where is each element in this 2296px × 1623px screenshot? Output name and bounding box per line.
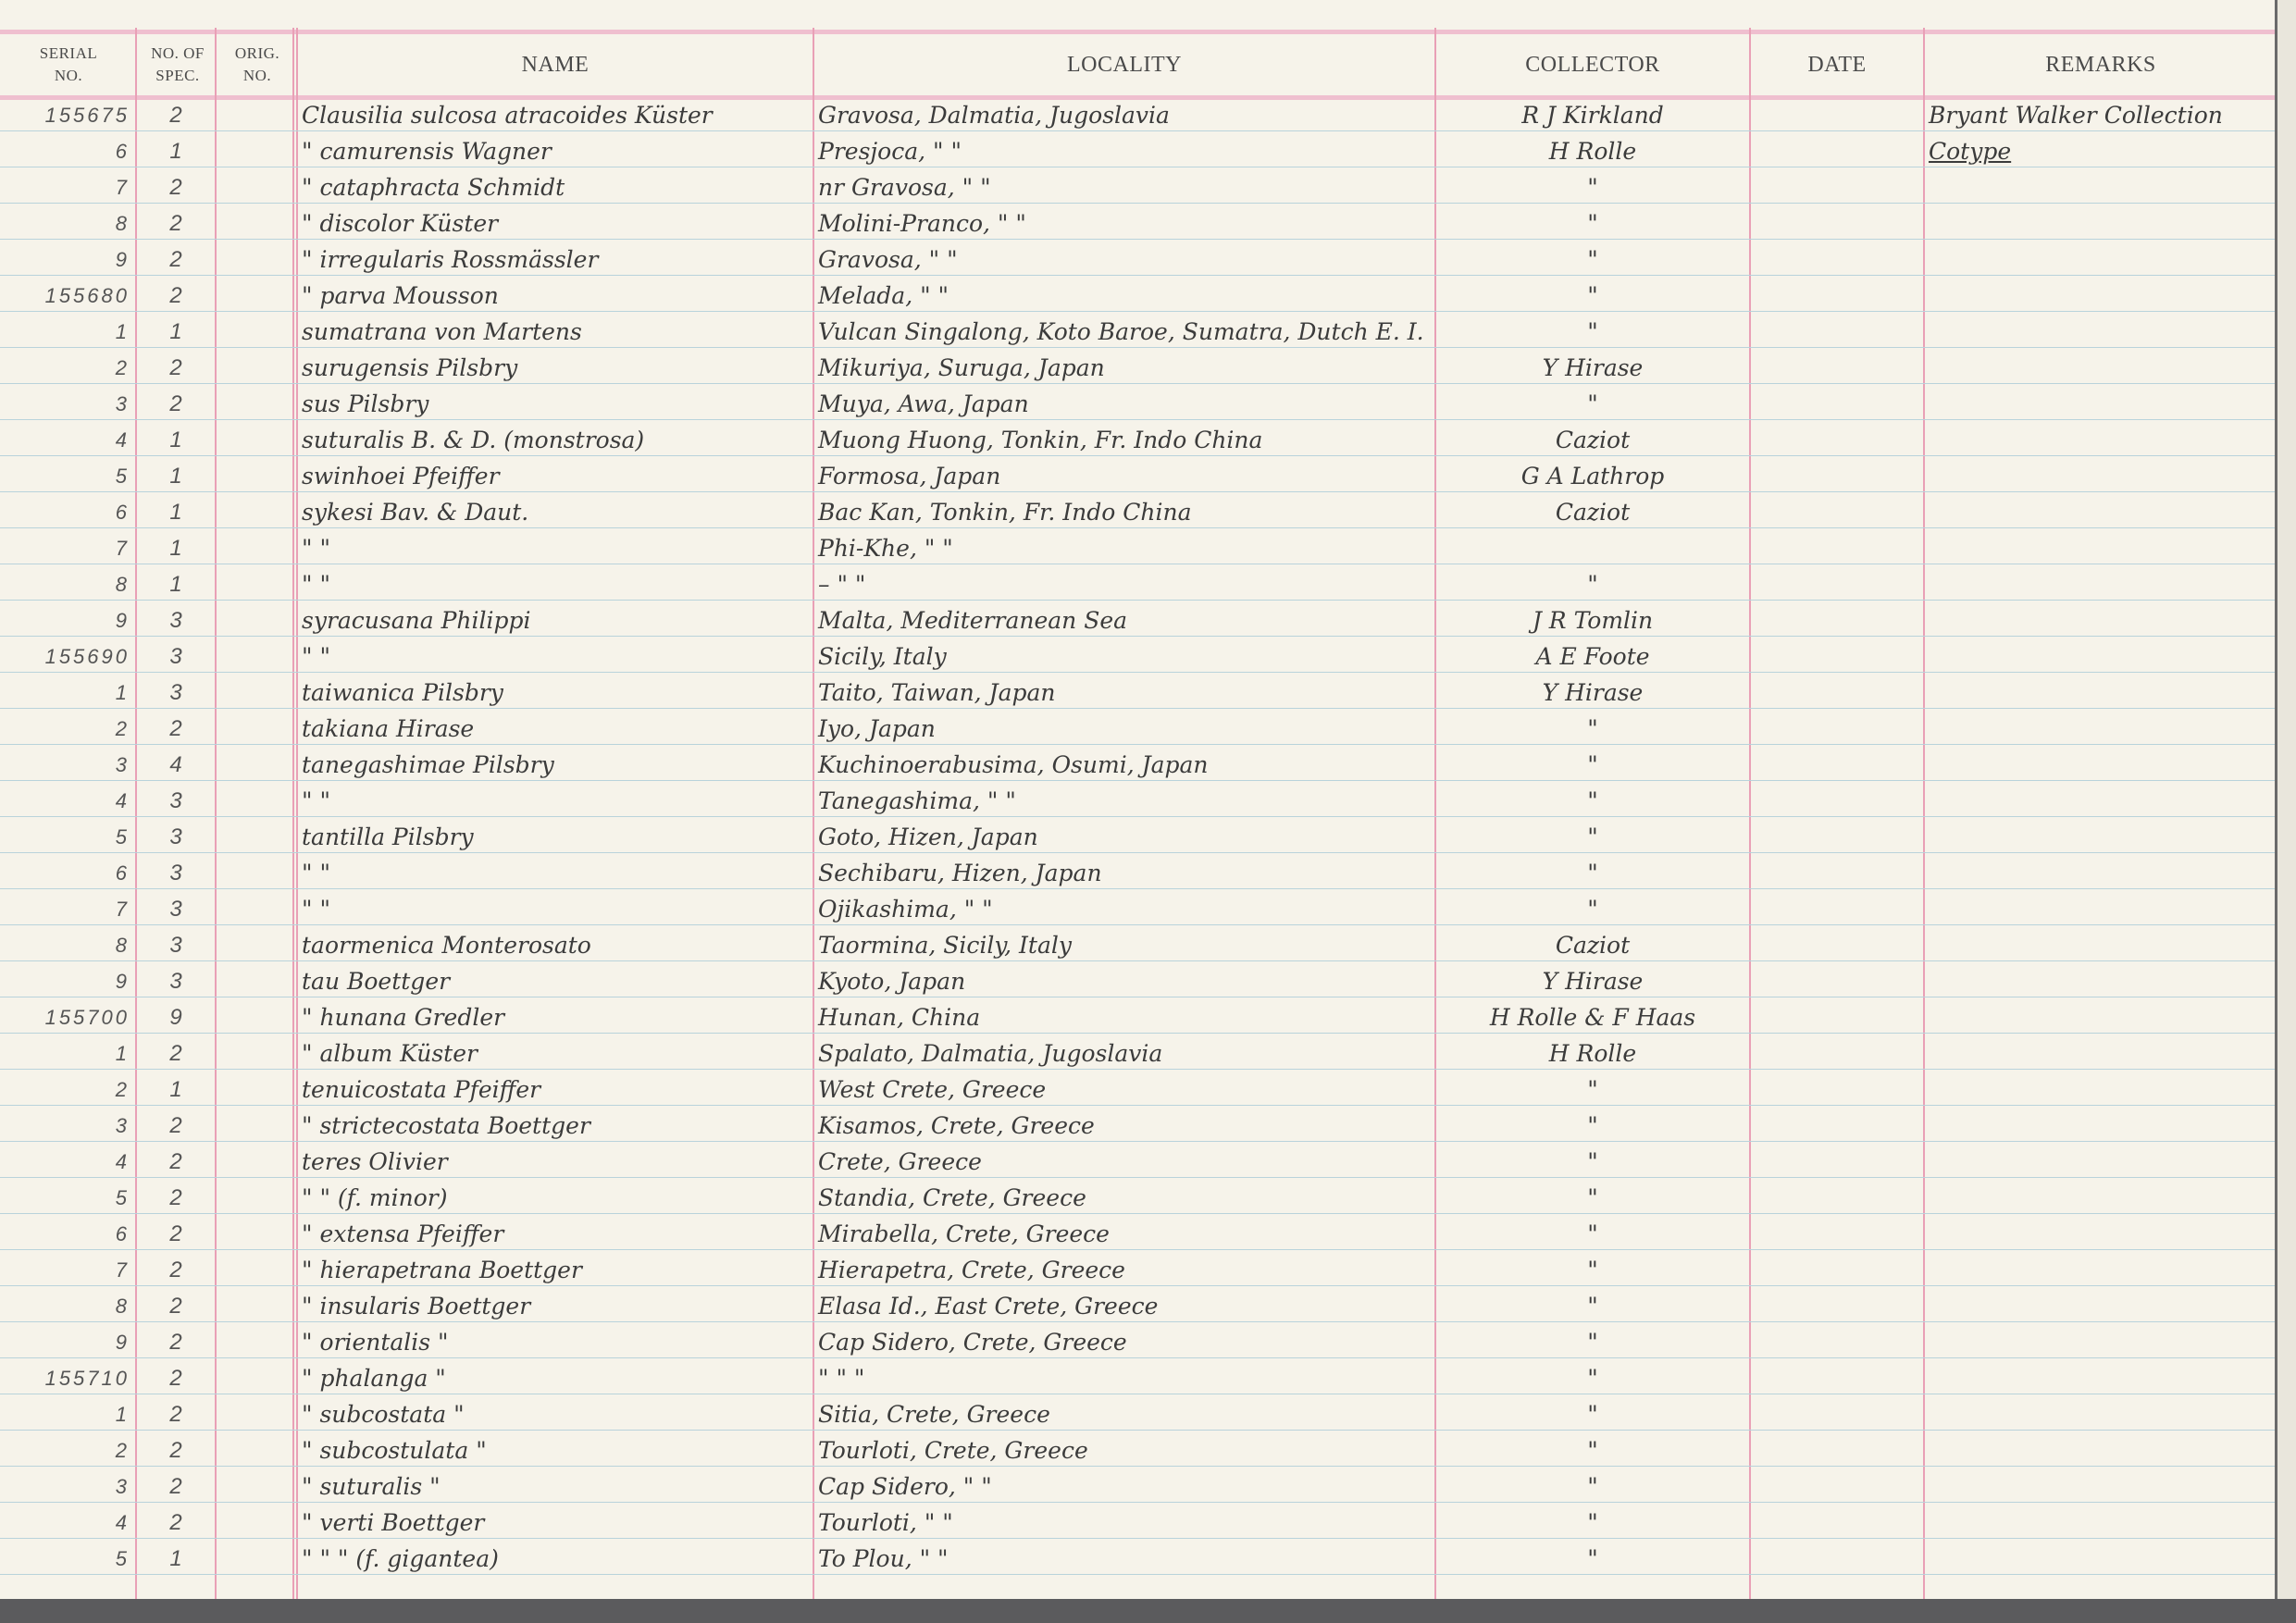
serial-cell: 9 [0,601,130,636]
orig-no-cell [218,131,292,167]
locality-cell: Gravosa, " " [818,240,1429,275]
date-cell [1755,1394,1921,1430]
collector-cell: " [1440,1503,1745,1538]
collector-cell: " [1440,817,1745,852]
remarks-cell [1929,384,2280,419]
date-cell [1755,781,1921,816]
orig-no-cell [218,1178,292,1213]
locality-cell: – " " [818,564,1429,600]
spec-count-cell: 2 [139,1394,213,1430]
serial-cell: 155675 [0,95,130,130]
date-cell [1755,456,1921,491]
table-row: 93syracusana PhilippiMalta, Mediterranea… [0,601,2275,637]
serial-cell: 5 [0,1178,130,1213]
locality-cell: Presjoca, " " [818,131,1429,167]
remarks-cell [1929,817,2280,852]
locality-cell: Muong Huong, Tonkin, Fr. Indo China [818,420,1429,455]
spec-count-cell: 1 [139,1539,213,1574]
table-row: 72" hierapetrana BoettgerHierapetra, Cre… [0,1250,2275,1286]
spec-count-cell: 2 [139,167,213,203]
serial-cell: 6 [0,1214,130,1249]
name-cell: " album Küster [302,1034,811,1069]
date-cell [1755,1358,1921,1394]
collector-cell: " [1440,276,1745,311]
name-cell: " " [302,637,811,672]
spec-count-cell: 3 [139,853,213,888]
collector-cell: " [1440,1286,1745,1321]
collector-cell: " [1440,1431,1745,1466]
name-cell: tau Boettger [302,961,811,997]
serial-cell: 9 [0,1322,130,1357]
remarks-cell [1929,1394,2280,1430]
name-cell: " " [302,564,811,600]
name-cell: " cataphracta Schmidt [302,167,811,203]
date-cell [1755,420,1921,455]
header-no-of-spec: NO. OFSPEC. [139,34,217,95]
remarks-cell [1929,853,2280,888]
locality-cell: Hierapetra, Crete, Greece [818,1250,1429,1285]
collector-cell: " [1440,240,1745,275]
serial-cell: 2 [0,1431,130,1466]
orig-no-cell [218,1034,292,1069]
locality-cell: Sicily, Italy [818,637,1429,672]
serial-cell: 3 [0,745,130,780]
table-row: 92" orientalis "Cap Sidero, Crete, Greec… [0,1322,2275,1358]
serial-cell: 8 [0,1286,130,1321]
spec-count-cell: 1 [139,492,213,527]
orig-no-cell [218,276,292,311]
date-cell [1755,673,1921,708]
locality-cell: Gravosa, Dalmatia, Jugoslavia [818,95,1429,130]
remarks-cell [1929,637,2280,672]
spec-count-cell: 1 [139,528,213,564]
spec-count-cell: 2 [139,1178,213,1213]
name-cell: " orientalis " [302,1322,811,1357]
date-cell [1755,1503,1921,1538]
serial-cell: 155680 [0,276,130,311]
date-cell [1755,240,1921,275]
collector-cell: " [1440,1070,1745,1105]
serial-cell: 1 [0,1394,130,1430]
collector-cell: " [1440,167,1745,203]
ledger-page: SERIALNO. NO. OFSPEC. ORIG.NO. NAME LOCA… [0,0,2277,1599]
name-cell: " camurensis Wagner [302,131,811,167]
table-row: 51swinhoei PfeifferFormosa, JapanG A Lat… [0,456,2275,492]
orig-no-cell [218,204,292,239]
collector-cell: " [1440,1250,1745,1285]
table-row: 51" " " (f. gigantea)To Plou, " "" [0,1539,2275,1575]
name-cell: " insularis Boettger [302,1286,811,1321]
date-cell [1755,528,1921,564]
date-cell [1755,601,1921,636]
name-cell: syracusana Philippi [302,601,811,636]
spec-count-cell: 2 [139,1214,213,1249]
orig-no-cell [218,167,292,203]
locality-cell: Ojikashima, " " [818,889,1429,924]
spec-count-cell: 3 [139,673,213,708]
serial-cell: 2 [0,348,130,383]
date-cell [1755,1286,1921,1321]
spec-count-cell: 1 [139,420,213,455]
collector-cell: Y Hirase [1440,673,1745,708]
date-cell [1755,204,1921,239]
serial-cell: 5 [0,817,130,852]
header-orig-no: ORIG.NO. [218,34,296,95]
locality-cell: West Crete, Greece [818,1070,1429,1105]
orig-no-cell [218,1539,292,1574]
orig-no-cell [218,456,292,491]
serial-cell: 8 [0,564,130,600]
serial-cell: 7 [0,167,130,203]
serial-cell: 5 [0,1539,130,1574]
collector-cell: " [1440,1106,1745,1141]
name-cell: Clausilia sulcosa atracoides Küster [302,95,811,130]
locality-cell: Molini-Pranco, " " [818,204,1429,239]
orig-no-cell [218,564,292,600]
name-cell: tenuicostata Pfeiffer [302,1070,811,1105]
remarks-cell [1929,601,2280,636]
table-row: 32sus PilsbryMuya, Awa, Japan" [0,384,2275,420]
locality-cell: Kisamos, Crete, Greece [818,1106,1429,1141]
locality-cell: Taito, Taiwan, Japan [818,673,1429,708]
collector-cell: " [1440,1467,1745,1502]
table-row: 32" strictecostata BoettgerKisamos, Cret… [0,1106,2275,1142]
table-row: 12" subcostata "Sitia, Crete, Greece" [0,1394,2275,1431]
spec-count-cell: 2 [139,276,213,311]
ledger-rows: 1556752Clausilia sulcosa atracoides Küst… [0,95,2275,1575]
name-cell: " " [302,853,811,888]
table-row: 32" suturalis "Cap Sidero, " "" [0,1467,2275,1503]
remarks-cell [1929,1250,2280,1285]
table-row: 11sumatrana von MartensVulcan Singalong,… [0,312,2275,348]
orig-no-cell [218,1394,292,1430]
table-row: 63" "Sechibaru, Hizen, Japan" [0,853,2275,889]
locality-cell: " " " [818,1358,1429,1394]
header-spec-line2: SPEC. [151,65,205,87]
collector-cell: " [1440,709,1745,744]
serial-cell: 3 [0,1467,130,1502]
table-row: 1556903" "Sicily, ItalyA E Foote [0,637,2275,673]
remarks-cell [1929,492,2280,527]
serial-cell: 2 [0,709,130,744]
date-cell [1755,1539,1921,1574]
collector-cell: " [1440,1214,1745,1249]
locality-cell: Muya, Awa, Japan [818,384,1429,419]
orig-no-cell [218,240,292,275]
collector-cell: H Rolle [1440,1034,1745,1069]
orig-no-cell [218,709,292,744]
orig-no-cell [218,312,292,347]
header-serial-line1: SERIAL [40,43,98,65]
orig-no-cell [218,817,292,852]
collector-cell [1440,528,1745,564]
collector-cell: " [1440,1178,1745,1213]
collector-cell: Y Hirase [1440,961,1745,997]
locality-cell: Kyoto, Japan [818,961,1429,997]
locality-cell: Crete, Greece [818,1142,1429,1177]
spec-count-cell: 2 [139,384,213,419]
orig-no-cell [218,637,292,672]
table-row: 12" album KüsterSpalato, Dalmatia, Jugos… [0,1034,2275,1070]
remarks-cell [1929,528,2280,564]
serial-cell: 155700 [0,997,130,1033]
locality-cell: Mikuriya, Suruga, Japan [818,348,1429,383]
collector-cell: " [1440,781,1745,816]
remarks-cell [1929,1431,2280,1466]
remarks-cell [1929,167,2280,203]
header-name: NAME [298,34,813,95]
collector-cell: Caziot [1440,925,1745,960]
orig-no-cell [218,1250,292,1285]
serial-cell: 8 [0,204,130,239]
remarks-cell [1929,961,2280,997]
serial-cell: 7 [0,1250,130,1285]
remarks-cell [1929,1539,2280,1574]
name-cell: " " " (f. gigantea) [302,1539,811,1574]
serial-cell: 4 [0,781,130,816]
orig-no-cell [218,853,292,888]
locality-cell: Sitia, Crete, Greece [818,1394,1429,1430]
orig-no-cell [218,1106,292,1141]
orig-no-cell [218,889,292,924]
header-remarks: REMARKS [1925,34,2277,95]
spec-count-cell: 2 [139,1431,213,1466]
date-cell [1755,1178,1921,1213]
spec-count-cell: 1 [139,131,213,167]
name-cell: swinhoei Pfeiffer [302,456,811,491]
spec-count-cell: 3 [139,601,213,636]
orig-no-cell [218,1214,292,1249]
spec-count-cell: 2 [139,348,213,383]
header-spec-line1: NO. OF [151,43,205,65]
date-cell [1755,1250,1921,1285]
locality-cell: Elasa Id., East Crete, Greece [818,1286,1429,1321]
remarks-cell [1929,1322,2280,1357]
date-cell [1755,925,1921,960]
orig-no-cell [218,1467,292,1502]
date-cell [1755,276,1921,311]
name-cell: " extensa Pfeiffer [302,1214,811,1249]
serial-cell: 7 [0,889,130,924]
spec-count-cell: 2 [139,1250,213,1285]
table-row: 22takiana HiraseIyo, Japan" [0,709,2275,745]
orig-no-cell [218,384,292,419]
spec-count-cell: 2 [139,1106,213,1141]
name-cell: " " [302,528,811,564]
serial-cell: 3 [0,1106,130,1141]
locality-cell: Hunan, China [818,997,1429,1033]
date-cell [1755,167,1921,203]
locality-cell: Mirabella, Crete, Greece [818,1214,1429,1249]
serial-cell: 155710 [0,1358,130,1394]
name-cell: " hunana Gredler [302,997,811,1033]
name-cell: " discolor Küster [302,204,811,239]
name-cell: teres Olivier [302,1142,811,1177]
name-cell: " verti Boettger [302,1503,811,1538]
spec-count-cell: 2 [139,1322,213,1357]
remarks-cell [1929,348,2280,383]
serial-cell: 4 [0,1142,130,1177]
name-cell: surugensis Pilsbry [302,348,811,383]
name-cell: " " [302,889,811,924]
spec-count-cell: 2 [139,1467,213,1502]
orig-no-cell [218,1503,292,1538]
date-cell [1755,1070,1921,1105]
locality-cell: To Plou, " " [818,1539,1429,1574]
collector-cell: " [1440,1358,1745,1394]
table-row: 42" verti BoettgerTourloti, " "" [0,1503,2275,1539]
scan-bottom-border [0,1599,2296,1623]
locality-cell: Cap Sidero, Crete, Greece [818,1322,1429,1357]
locality-cell: Bac Kan, Tonkin, Fr. Indo China [818,492,1429,527]
table-row: 42teres OlivierCrete, Greece" [0,1142,2275,1178]
spec-count-cell: 1 [139,312,213,347]
serial-cell: 5 [0,456,130,491]
header-serial-no: SERIALNO. [0,34,137,95]
remarks-cell [1929,1467,2280,1502]
table-row: 43" "Tanegashima, " "" [0,781,2275,817]
orig-no-cell [218,925,292,960]
collector-cell: " [1440,1322,1745,1357]
date-cell [1755,889,1921,924]
orig-no-cell [218,745,292,780]
spec-count-cell: 2 [139,1286,213,1321]
name-cell: " suturalis " [302,1467,811,1502]
name-cell: " strictecostata Boettger [302,1106,811,1141]
name-cell: sus Pilsbry [302,384,811,419]
orig-no-cell [218,1070,292,1105]
remarks-cell [1929,1106,2280,1141]
table-row: 82" discolor KüsterMolini-Pranco, " "" [0,204,2275,240]
collector-cell: " [1440,312,1745,347]
orig-no-cell [218,997,292,1033]
spec-count-cell: 1 [139,1070,213,1105]
orig-no-cell [218,95,292,130]
orig-no-cell [218,961,292,997]
remarks-cell [1929,240,2280,275]
date-cell [1755,384,1921,419]
name-cell: " subcostulata " [302,1431,811,1466]
date-cell [1755,853,1921,888]
header-date: DATE [1751,34,1923,95]
locality-cell: Melada, " " [818,276,1429,311]
page-edge [2277,0,2296,1599]
serial-cell: 9 [0,961,130,997]
date-cell [1755,1322,1921,1357]
locality-cell: Goto, Hizen, Japan [818,817,1429,852]
remarks-cell [1929,456,2280,491]
serial-cell: 1 [0,312,130,347]
name-cell: tanegashimae Pilsbry [302,745,811,780]
table-row: 53tantilla PilsbryGoto, Hizen, Japan" [0,817,2275,853]
date-cell [1755,1431,1921,1466]
serial-cell: 1 [0,1034,130,1069]
collector-cell: " [1440,1539,1745,1574]
date-cell [1755,1034,1921,1069]
table-row: 13taiwanica PilsbryTaito, Taiwan, JapanY… [0,673,2275,709]
serial-cell: 6 [0,853,130,888]
collector-cell: " [1440,889,1745,924]
collector-cell: G A Lathrop [1440,456,1745,491]
serial-cell: 4 [0,1503,130,1538]
table-row: 52" " (f. minor)Standia, Crete, Greece" [0,1178,2275,1214]
spec-count-cell: 3 [139,889,213,924]
table-row: 93tau BoettgerKyoto, JapanY Hirase [0,961,2275,997]
collector-cell: J R Tomlin [1440,601,1745,636]
column-header-band: SERIALNO. NO. OFSPEC. ORIG.NO. NAME LOCA… [0,30,2275,100]
remarks-cell [1929,889,2280,924]
table-row: 1556752Clausilia sulcosa atracoides Küst… [0,95,2275,131]
remarks-cell [1929,673,2280,708]
remarks-cell [1929,925,2280,960]
date-cell [1755,131,1921,167]
serial-cell: 6 [0,131,130,167]
name-cell: takiana Hirase [302,709,811,744]
spec-count-cell: 2 [139,1034,213,1069]
remarks-cell [1929,1503,2280,1538]
locality-cell: Spalato, Dalmatia, Jugoslavia [818,1034,1429,1069]
table-row: 82" insularis BoettgerElasa Id., East Cr… [0,1286,2275,1322]
collector-cell: " [1440,384,1745,419]
orig-no-cell [218,673,292,708]
table-row: 21tenuicostata PfeifferWest Crete, Greec… [0,1070,2275,1106]
locality-cell: Vulcan Singalong, Koto Baroe, Sumatra, D… [818,312,1429,347]
date-cell [1755,1214,1921,1249]
orig-no-cell [218,492,292,527]
remarks-cell [1929,709,2280,744]
date-cell [1755,1142,1921,1177]
table-row: 41suturalis B. & D. (monstrosa)Muong Huo… [0,420,2275,456]
spec-count-cell: 1 [139,564,213,600]
collector-cell: Caziot [1440,420,1745,455]
date-cell [1755,817,1921,852]
collector-cell: " [1440,853,1745,888]
locality-cell: Standia, Crete, Greece [818,1178,1429,1213]
remarks-cell [1929,781,2280,816]
serial-cell: 6 [0,492,130,527]
remarks-cell [1929,1286,2280,1321]
spec-count-cell: 2 [139,1358,213,1394]
name-cell: " hierapetrana Boettger [302,1250,811,1285]
remarks-cell: Bryant Walker Collection [1929,95,2280,130]
orig-no-cell [218,1142,292,1177]
serial-cell: 8 [0,925,130,960]
remarks-cell [1929,1178,2280,1213]
date-cell [1755,95,1921,130]
serial-cell: 155690 [0,637,130,672]
date-cell [1755,997,1921,1033]
orig-no-cell [218,1286,292,1321]
orig-no-cell [218,1431,292,1466]
table-row: 92" irregularis RossmässlerGravosa, " "" [0,240,2275,276]
orig-no-cell [218,420,292,455]
locality-cell: Malta, Mediterranean Sea [818,601,1429,636]
spec-count-cell: 2 [139,1503,213,1538]
header-serial-line2: NO. [40,65,98,87]
serial-cell: 1 [0,673,130,708]
remarks-cell [1929,1214,2280,1249]
locality-cell: Tanegashima, " " [818,781,1429,816]
table-row: 61" camurensis WagnerPresjoca, " "H Roll… [0,131,2275,167]
remarks-cell [1929,312,2280,347]
table-row: 22" subcostulata "Tourloti, Crete, Greec… [0,1431,2275,1467]
remarks-cell [1929,276,2280,311]
collector-cell: A E Foote [1440,637,1745,672]
locality-cell: Formosa, Japan [818,456,1429,491]
collector-cell: " [1440,745,1745,780]
name-cell: " irregularis Rossmässler [302,240,811,275]
date-cell [1755,1106,1921,1141]
